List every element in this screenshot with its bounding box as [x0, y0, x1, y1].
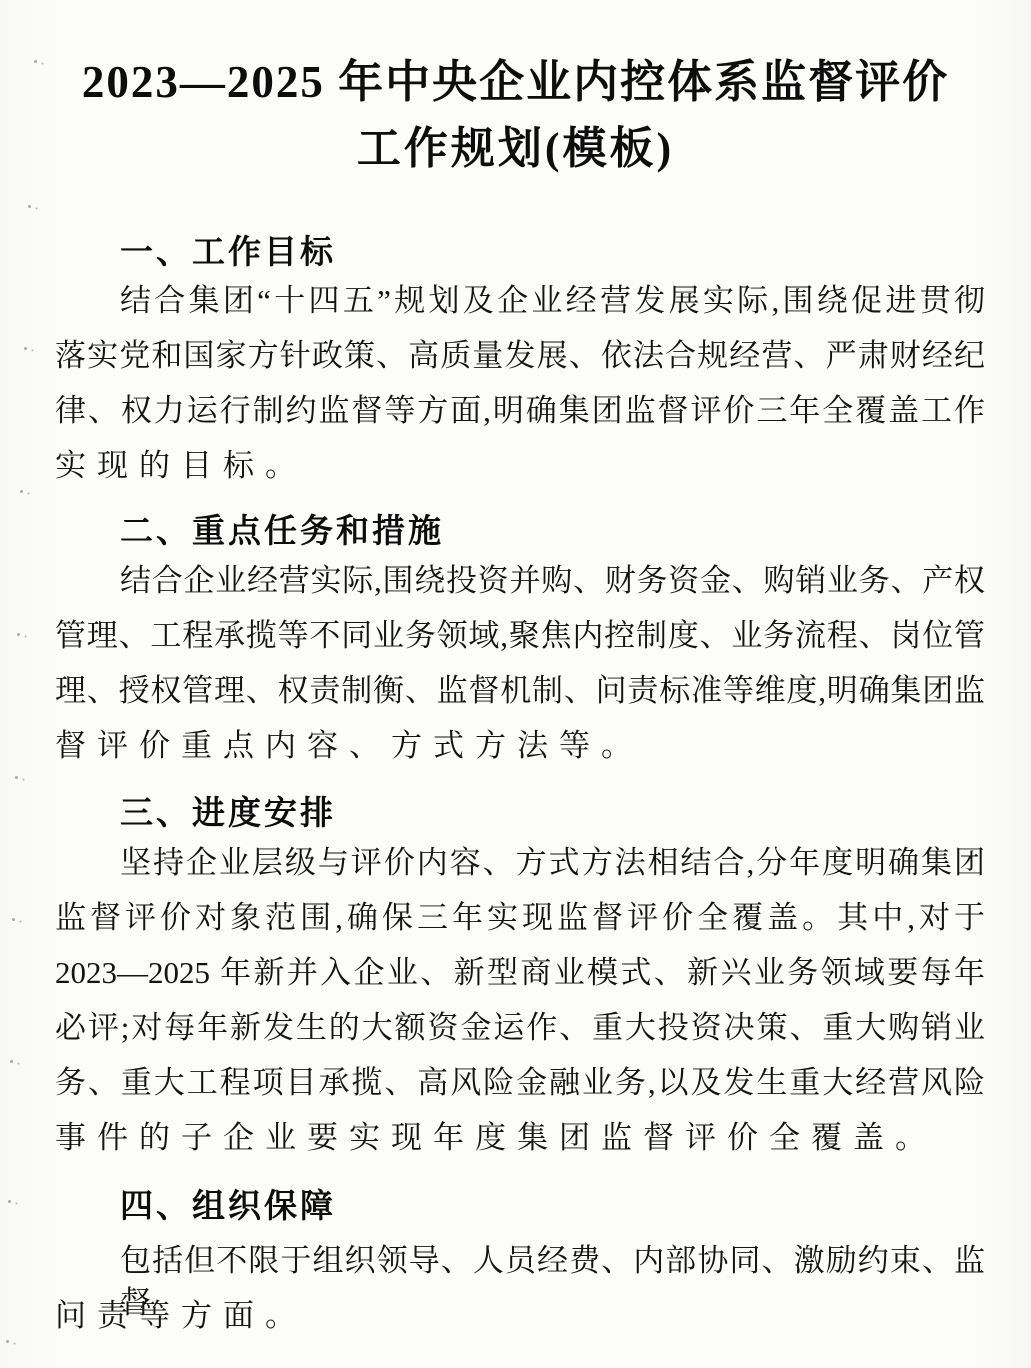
section-2-paragraph-line: 督评价重点内容、方式方法等。 — [55, 725, 985, 767]
document-title-line-1: 2023—2025 年中央企业内控体系监督评价 — [0, 45, 1031, 110]
section-1-paragraph-line: 落实党和国家方针政策、高质量发展、依法合规经营、严肃财经纪 — [55, 335, 985, 377]
section-1-paragraph-line: 实现的目标。 — [55, 445, 985, 487]
scan-speckle — [20, 490, 23, 493]
scan-speckle — [8, 1200, 11, 1203]
section-2-paragraph-line: 结合企业经营实际,围绕投资并购、财务资金、购销业务、产权 — [55, 560, 985, 602]
section-1-paragraph-line: 律、权力运行制约监督等方面,明确集团监督评价三年全覆盖工作 — [55, 390, 985, 432]
scan-speckle — [15, 776, 18, 779]
section-3-heading: 三、进度安排 — [120, 787, 336, 834]
section-3-paragraph-line: 务、重大工程项目承揽、高风险金融业务,以及发生重大经营风险 — [55, 1062, 985, 1104]
section-4-paragraph-line: 问责等方面。 — [55, 1295, 985, 1337]
scan-speckle — [6, 1340, 9, 1343]
document-title-line-2: 工作规划(模板) — [0, 112, 1031, 176]
section-3-paragraph-line: 坚持企业层级与评价内容、方式方法相结合,分年度明确集团 — [55, 842, 985, 884]
section-2-paragraph-line: 管理、工程承揽等不同业务领域,聚焦内控制度、业务流程、岗位管 — [55, 615, 985, 657]
section-1-paragraph-line: 结合集团“十四五”规划及企业经营发展实际,围绕促进贯彻 — [55, 280, 985, 322]
section-3-paragraph-line: 监督评价对象范围,确保三年实现监督评价全覆盖。其中,对于 — [55, 897, 985, 939]
scan-speckle — [12, 918, 15, 921]
section-3-paragraph-line: 事件的子企业要实现年度集团监督评价全覆盖。 — [55, 1117, 985, 1159]
scan-speckle — [10, 1060, 13, 1063]
section-4-heading: 四、组织保障 — [120, 1180, 336, 1227]
scan-speckle — [17, 633, 20, 636]
section-2-paragraph-line: 理、授权管理、权责制衡、监督机制、问责标准等维度,明确集团监 — [55, 670, 985, 712]
scan-speckle — [24, 347, 27, 350]
section-3-paragraph-line: 必评;对每年新发生的大额资金运作、重大投资决策、重大购销业 — [55, 1007, 985, 1049]
scan-speckle — [28, 205, 31, 208]
section-2-heading: 二、重点任务和措施 — [120, 505, 444, 552]
section-3-paragraph-line: 2023—2025 年新并入企业、新型商业模式、新兴业务领域要每年 — [55, 952, 985, 994]
section-1-heading: 一、工作目标 — [120, 226, 336, 273]
